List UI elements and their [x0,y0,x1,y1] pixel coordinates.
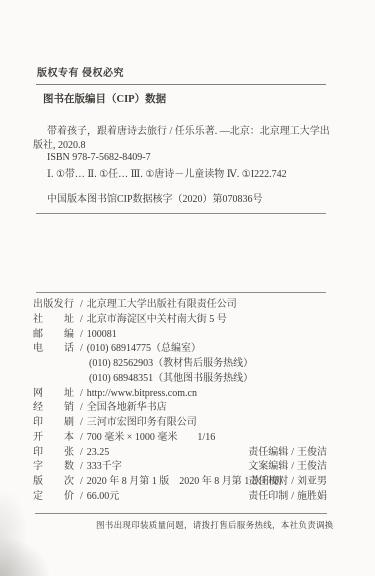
separator: / [80,460,83,475]
separator: / [291,490,294,505]
colophon-row-postcode: 邮编/100081 [33,328,327,343]
separator: / [291,460,294,475]
colophon-row-sheets: 印张/23.25 责任编辑/王俊洁 [33,446,327,461]
separator: / [80,298,83,313]
colophon-label: 出版发行 [33,298,74,313]
colophon-label: 经销 [33,401,74,416]
colophon-label: 版次 [33,475,74,490]
colophon-row-distribution: 经销/全国各地新华书店 [33,401,327,416]
colophon-row-address: 社址/北京市海淀区中关村南大街 5 号 [33,313,327,328]
staff-label: 文案编辑 [248,461,288,472]
colophon-label: 印张 [33,446,74,461]
staff-credit-copy-editor: 文案编辑/王俊洁 [248,460,327,475]
colophon-label: 开本 [33,431,74,446]
colophon-label: 字数 [33,460,74,475]
staff-value: 刘亚男 [297,476,327,487]
staff-credit-proofreader: 责任校对/刘亚男 [248,475,327,490]
cip-classification: Ⅰ. ①带… Ⅱ. ①任… Ⅲ. ①唐诗－儿童读物 Ⅳ. ①I222.742 [47,169,287,181]
copyright-notice: 版权专有 侵权必究 [37,64,124,79]
colophon-value: 23.25 [87,447,110,458]
colophon-value: 333千字 [87,461,122,472]
colophon-label: 定价 [33,490,74,505]
cip-record-number: 中国版本图书馆CIP数据核字（2020）第070836号 [47,194,263,206]
cip-title: 图书在版编目（CIP）数据 [43,91,166,106]
colophon-value: (010) 68914775（总编室） [87,343,201,354]
staff-credit-print-supervisor: 责任印制/施胜娟 [248,490,327,505]
colophon-label: 邮编 [33,328,74,343]
colophon-value: (010) 82562903（教材售后服务热线） [89,358,253,369]
staff-credit-editor: 责任编辑/王俊洁 [248,446,327,461]
colophon-label: 社址 [33,313,74,328]
colophon-value: http://www.bitpress.com.cn [87,388,197,399]
colophon-block: 出版发行/北京理工大学出版社有限责任公司 社址/北京市海淀区中关村南大街 5 号… [33,298,327,505]
staff-value: 王俊洁 [297,461,327,472]
separator: / [80,313,83,328]
separator: / [80,342,83,357]
colophon-value: 三河市宏图印务有限公司 [87,417,197,428]
colophon-value: 全国各地新华书店 [87,402,167,413]
colophon-row-wordcount: 字数/333千字 文案编辑/王俊洁 [33,460,327,475]
colophon-label: 网址 [33,387,74,402]
divider-middle-upper [36,213,326,214]
divider-bottom [35,513,327,514]
colophon-row-printer: 印刷/三河市宏图印务有限公司 [33,416,327,431]
isbn-number: ISBN 978-7-5682-8409-7 [47,152,151,164]
staff-label: 责任印制 [248,491,288,502]
colophon-row-publisher: 出版发行/北京理工大学出版社有限责任公司 [33,298,327,313]
colophon-label: 电话 [33,342,74,357]
separator: / [80,431,83,446]
separator: / [80,387,83,402]
book-copyright-page: 版权专有 侵权必究 图书在版编目（CIP）数据 带着孩子，跟着唐诗去旅行 / 任… [0,0,375,576]
colophon-value: 100081 [87,329,117,340]
separator: / [291,446,294,461]
separator: / [80,490,83,505]
separator: / [80,328,83,343]
colophon-value: 700 毫米 × 1000 毫米 1/16 [87,432,215,443]
colophon-row-website: 网址/http://www.bitpress.com.cn [33,387,327,402]
colophon-row-phone2: (010) 82562903（教材售后服务热线） [33,357,327,372]
staff-label: 责任编辑 [248,447,288,458]
colophon-row-phone: 电话/(010) 68914775（总编室） [33,342,327,357]
colophon-row-format: 开本/700 毫米 × 1000 毫米 1/16 [33,431,327,446]
staff-value: 王俊洁 [297,447,327,458]
colophon-value: (010) 68948351（其他图书服务热线） [89,373,253,384]
colophon-value: 66.00元 [87,491,120,502]
colophon-row-price: 定价/66.00元 责任印制/施胜娟 [33,490,327,505]
separator: / [80,416,83,431]
staff-value: 施胜娟 [297,491,327,502]
colophon-row-phone3: (010) 68948351（其他图书服务热线） [33,372,327,387]
colophon-value: 北京市海淀区中关村南大街 5 号 [87,314,227,325]
cip-entry-line2: 版社, 2020.8 [33,140,86,152]
colophon-label: 印刷 [33,416,74,431]
separator: / [80,446,83,461]
separator: / [80,401,83,416]
separator: / [80,475,83,490]
colophon-row-edition: 版次/2020 年 8 月第 1 版 2020 年 8 月第 1 次印刷 责任校… [33,475,327,490]
staff-label: 责任校对 [248,476,288,487]
divider-top [36,84,326,85]
colophon-value: 北京理工大学出版社有限责任公司 [87,299,237,310]
cip-entry-line1: 带着孩子，跟着唐诗去旅行 / 任乐乐著. —北京：北京理工大学出 [33,126,330,138]
separator: / [291,475,294,490]
quality-service-note: 图书出现印装质量问题，请拨打售后服务热线，本社负责调换 [96,519,334,531]
divider-middle-lower [36,292,326,293]
